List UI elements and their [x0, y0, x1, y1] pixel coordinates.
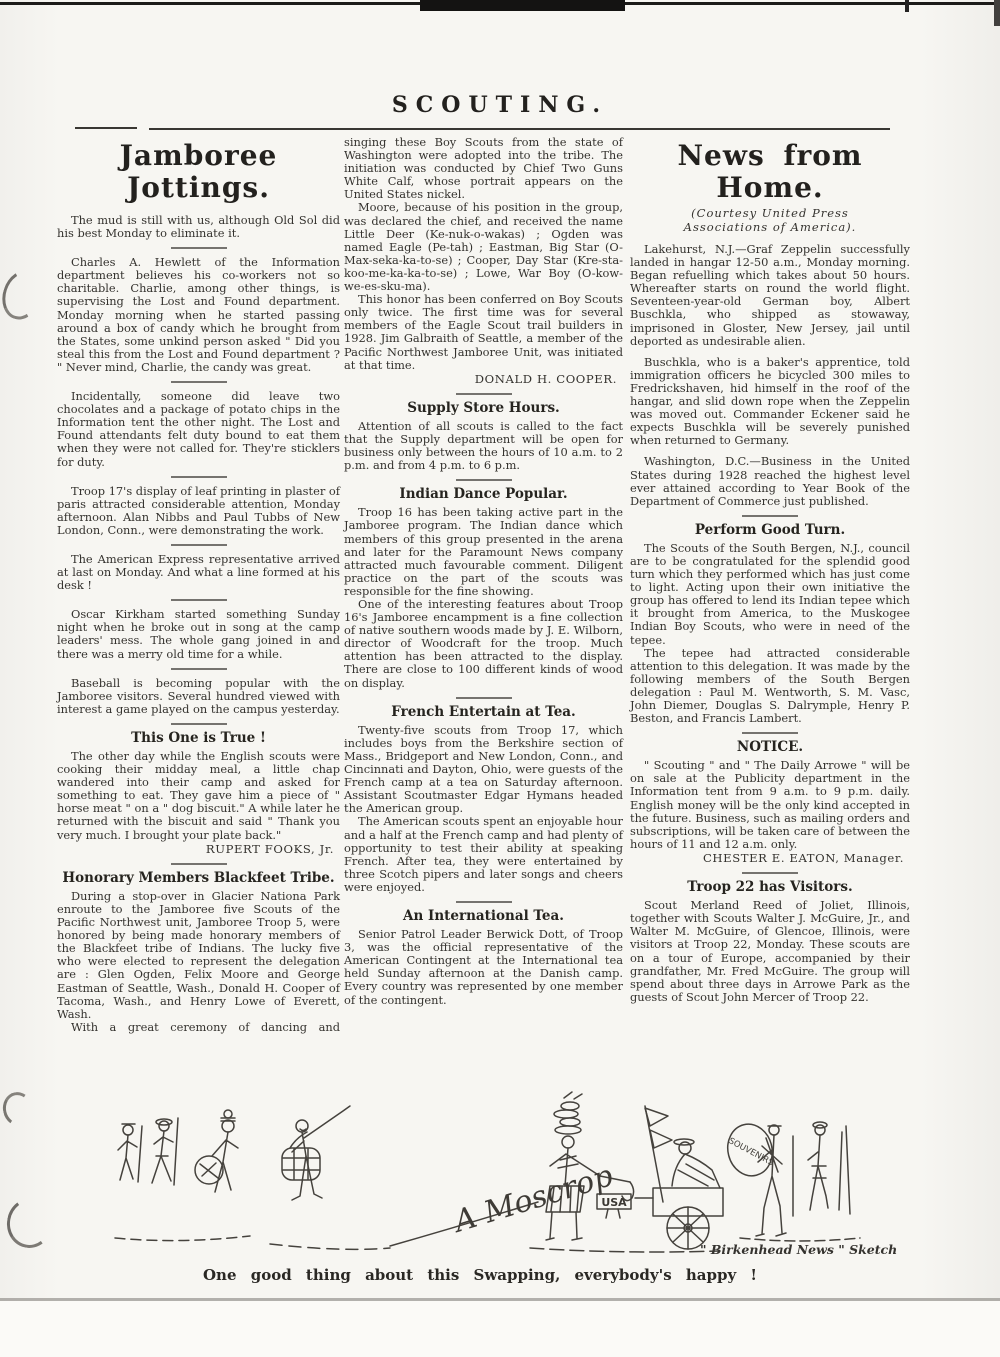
signature-donald-cooper: DONALD H. COOPER. — [344, 373, 623, 386]
paragraph-continuation: With a great ceremony of dancing and — [57, 1021, 340, 1034]
sketch-attribution: " Birkenhead News " Sketch — [700, 1242, 897, 1257]
paragraph: Scout Merland Reed of Joliet, Illinois, … — [630, 899, 910, 1004]
subhead-troop-22-visitors: Troop 22 has Visitors. — [630, 881, 910, 894]
signature-chester-eaton: CHESTER E. EATON, Manager. — [630, 852, 910, 865]
paragraph: During a stop-over in Glacier Nationa Pa… — [57, 890, 340, 1021]
paragraph-divider — [171, 668, 227, 670]
headline-news-from-home: News from Home. — [630, 140, 910, 204]
hole-punch-mark — [0, 265, 48, 324]
paragraph: Twenty-five scouts from Troop 17, which … — [344, 724, 623, 816]
top-right-smudge — [994, 0, 1000, 26]
paragraph: Troop 17's display of leaf printing in p… — [57, 485, 340, 537]
paragraph: Incidentally, someone did leave two choc… — [57, 390, 340, 469]
paragraph: The American scouts spent an enjoyable h… — [344, 815, 623, 894]
paragraph: One of the interesting features about Tr… — [344, 598, 623, 690]
newspaper-page: SCOUTING. Jamboree Jottings. The mud is … — [0, 0, 1000, 1357]
paragraph-divider — [171, 476, 227, 478]
cartoon-illustration: A Moscrop USA SOUVENIRS " Birkenhead New… — [60, 1086, 940, 1264]
subhead-honorary-members: Honorary Members Blackfeet Tribe. — [57, 872, 340, 885]
paragraph: The other day while the English scouts w… — [57, 750, 340, 842]
cartoon-caption: One good thing about this Swapping, ever… — [0, 1266, 1000, 1284]
paragraph-divider — [456, 393, 512, 395]
column-news-from-home: News from Home. (Courtesy United Press A… — [630, 140, 910, 1004]
paragraph: singing these Boy Scouts from the state … — [344, 136, 623, 201]
top-edge-tick — [905, 0, 909, 12]
paragraph: Moore, because of his position in the gr… — [344, 201, 623, 293]
subhead-supply-store-hours: Supply Store Hours. — [344, 402, 623, 415]
paragraph: Buschkla, who is a baker's apprentice, t… — [630, 356, 910, 448]
hole-punch-mark — [0, 1089, 36, 1128]
paragraph: Senior Patrol Leader Berwick Dott, of Tr… — [344, 928, 623, 1007]
paragraph: The Scouts of the South Bergen, N.J., co… — [630, 542, 910, 647]
subhead-indian-dance-popular: Indian Dance Popular. — [344, 488, 623, 501]
subhead-french-entertain: French Entertain at Tea. — [344, 706, 623, 719]
signature-rupert-fooks: RUPERT FOOKS, Jr. — [57, 843, 340, 856]
paragraph-divider — [171, 723, 227, 725]
courtesy-subtitle: (Courtesy United Press Associations of A… — [658, 206, 882, 234]
subhead-perform-good-turn: Perform Good Turn. — [630, 524, 910, 537]
paragraph-divider — [171, 863, 227, 865]
paragraph-divider — [742, 515, 798, 517]
usa-sign-label: USA — [601, 1196, 627, 1209]
column-center: singing these Boy Scouts from the state … — [344, 136, 623, 1007]
paragraph-divider — [171, 247, 227, 249]
hole-punch-mark — [3, 1194, 57, 1251]
paragraph: Charles A. Hewlett of the Information de… — [57, 256, 340, 374]
column-jamboree-jottings: Jamboree Jottings. The mud is still with… — [57, 140, 340, 1034]
subhead-this-one-is-true: This One is True ! — [57, 732, 340, 745]
paragraph-divider — [742, 732, 798, 734]
paragraph-divider — [456, 901, 512, 903]
paragraph: " Scouting " and " The Daily Arrowe " wi… — [630, 759, 910, 851]
paragraph-divider — [742, 872, 798, 874]
paragraph: This honor has been conferred on Boy Sco… — [344, 293, 623, 372]
paragraph: Attention of all scouts is called to the… — [344, 420, 623, 472]
paragraph: Baseball is becoming popular with the Ja… — [57, 677, 340, 716]
bottom-margin — [0, 1301, 1000, 1357]
paragraph: Lakehurst, N.J.—Graf Zeppelin successful… — [630, 243, 910, 348]
top-edge-ink-block — [420, 0, 625, 11]
paragraph-divider — [456, 479, 512, 481]
paragraph-divider — [171, 599, 227, 601]
masthead-title: SCOUTING. — [0, 92, 1000, 118]
paragraph: The tepee had attracted considerable att… — [630, 647, 910, 726]
paragraph: The mud is still with us, although Old S… — [57, 214, 340, 240]
paragraph: The American Express representative arri… — [57, 553, 340, 592]
masthead-rule — [149, 128, 890, 130]
paragraph-divider — [456, 697, 512, 699]
paragraph: Oscar Kirkham started something Sunday n… — [57, 608, 340, 660]
paragraph-divider — [171, 544, 227, 546]
paragraph: Washington, D.C.—Business in the United … — [630, 455, 910, 507]
headline-jamboree-jottings: Jamboree Jottings. — [57, 140, 340, 204]
paragraph-divider — [171, 381, 227, 383]
masthead-rule-left — [75, 127, 137, 129]
artist-signature: A Moscrop — [447, 1158, 617, 1240]
subhead-notice: NOTICE. — [630, 741, 910, 754]
paragraph: Troop 16 has been taking active part in … — [344, 506, 623, 598]
subhead-international-tea: An International Tea. — [344, 910, 623, 923]
